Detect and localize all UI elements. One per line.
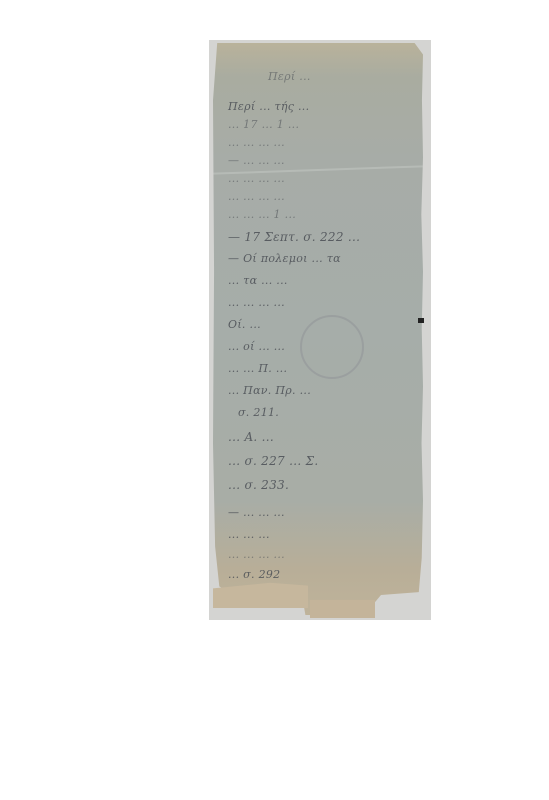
text-line: ... ... ... ... bbox=[228, 172, 285, 185]
header-line: Περί ... bbox=[268, 70, 311, 83]
text-line: ... σ. 292 bbox=[228, 568, 280, 581]
text-line: — 17 Σεπτ. σ. 222 ... bbox=[228, 230, 360, 244]
edge-mark bbox=[418, 318, 424, 323]
text-line: ... ... ... ... bbox=[228, 190, 285, 203]
text-line: Περί ... τής ... bbox=[228, 100, 309, 113]
text-line: ... ... ... bbox=[228, 528, 270, 541]
text-line: ... ... ... 1 ... bbox=[228, 208, 296, 221]
text-line: ... τα ... ... bbox=[228, 274, 288, 287]
text-line: ... ... ... ... bbox=[228, 548, 285, 561]
text-line: — ... ... ... bbox=[228, 154, 285, 167]
handwritten-text: Περί ... Περί ... τής ... ... 17 ... 1 .… bbox=[228, 70, 418, 590]
text-line: ... Παν. Πρ. ... bbox=[228, 384, 311, 397]
text-line: — ... ... ... bbox=[228, 506, 285, 519]
text-line: ... ... ... ... bbox=[228, 136, 285, 149]
text-line: ... ... ... ... bbox=[228, 296, 285, 309]
text-line: ... ... Π. ... bbox=[228, 362, 287, 375]
text-line: ... σ. 227 ... Σ. bbox=[228, 454, 318, 468]
text-line: σ. 211. bbox=[238, 406, 279, 419]
paper-tab bbox=[310, 600, 375, 618]
scanned-page: Περί ... Περί ... τής ... ... 17 ... 1 .… bbox=[0, 0, 549, 800]
text-line: ... σ. 233. bbox=[228, 478, 289, 492]
text-line: ... οί ... ... bbox=[228, 340, 285, 353]
text-line: ... Α. ... bbox=[228, 430, 274, 444]
text-line: Οί. ... bbox=[228, 318, 261, 331]
text-line: ... 17 ... 1 ... bbox=[228, 118, 299, 131]
text-line: — Οί πολεμοι ... τα bbox=[228, 252, 341, 265]
